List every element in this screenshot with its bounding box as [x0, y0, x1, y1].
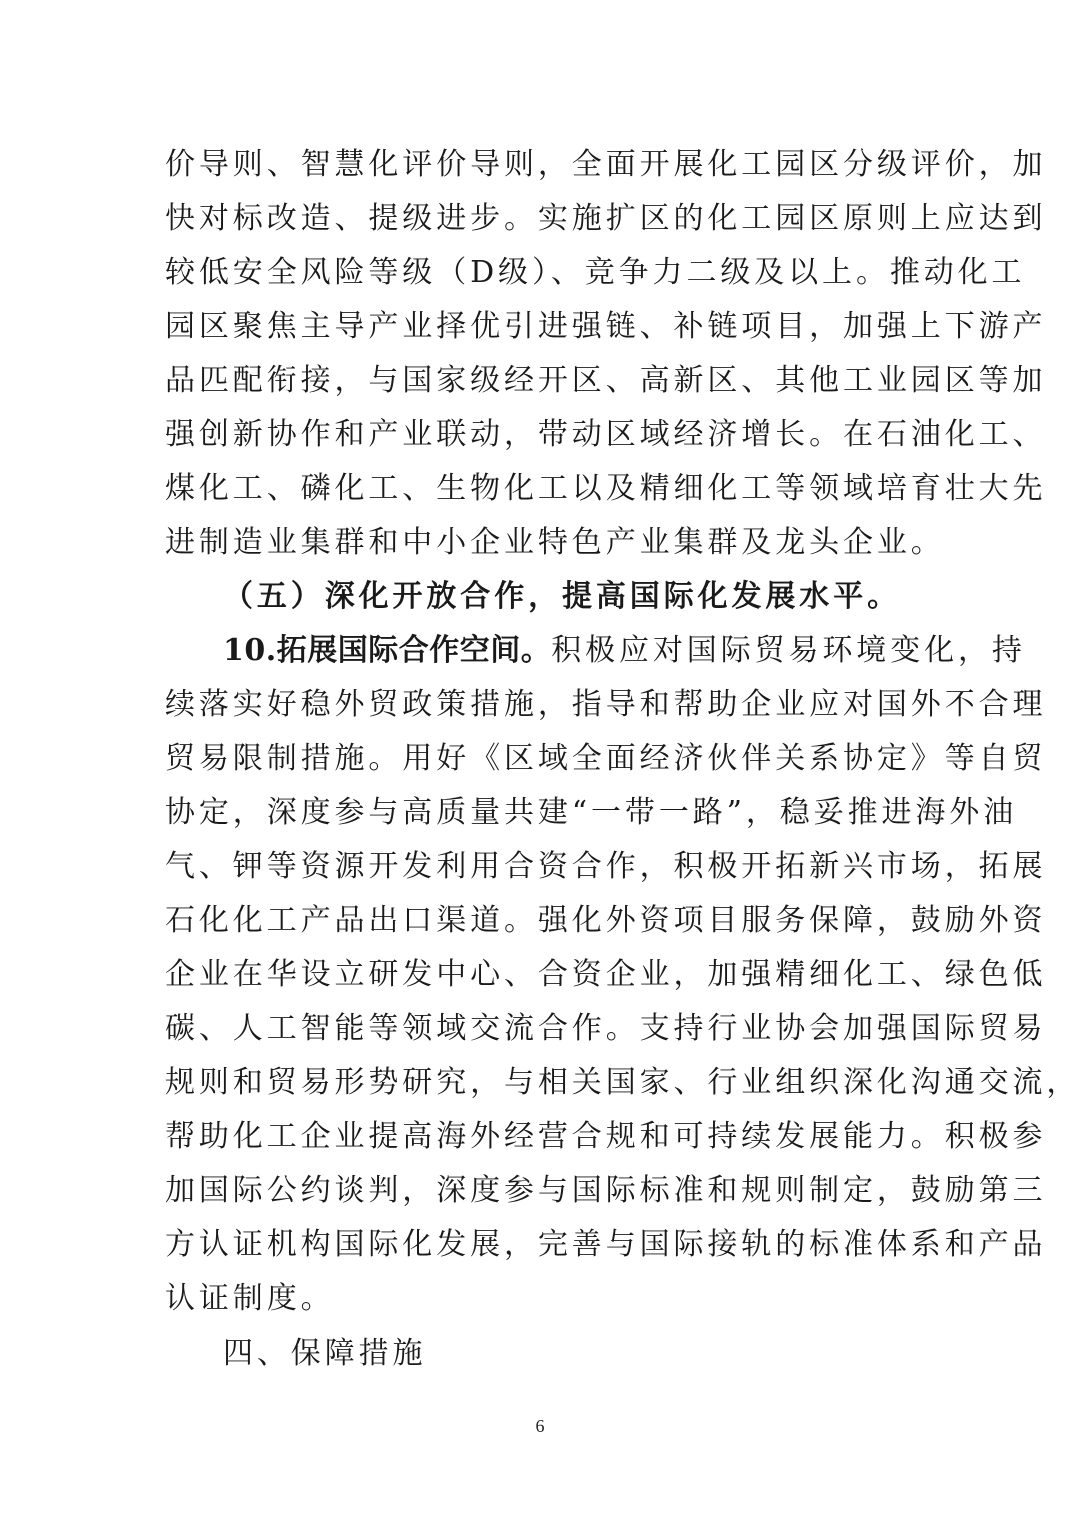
- item-text: 积极应对国际贸易环境变化，持: [551, 633, 1026, 668]
- text-line: 强创新协作和产业联动，带动区域经济增长。在石油化工、: [165, 408, 917, 462]
- text-line: 协定，深度参与高质量共建“一带一路”，稳妥推进海外油: [165, 786, 917, 840]
- section-heading: （五）深化开放合作，提高国际化发展水平。: [165, 570, 917, 624]
- text-line: 企业在华设立研发中心、合资企业，加强精细化工、绿色低: [165, 948, 917, 1002]
- text-line: 较低安全风险等级（D级）、竞争力二级及以上。推动化工: [165, 246, 917, 300]
- chapter-heading: 四、保障措施: [165, 1326, 917, 1381]
- text-line: 加国际公约谈判，深度参与国际标准和规则制定，鼓励第三: [165, 1164, 917, 1218]
- paragraph-item-10: 10.拓展国际合作空间。积极应对国际贸易环境变化，持 续落实好稳外贸政策措施，指…: [165, 624, 917, 1326]
- text-line: 贸易限制措施。用好《区域全面经济伙伴关系协定》等自贸: [165, 732, 917, 786]
- text-line: 气、钾等资源开发利用合资合作，积极开拓新兴市场，拓展: [165, 840, 917, 894]
- page-number: 6: [0, 1416, 1080, 1437]
- text-line: 进制造业集群和中小企业特色产业集群及龙头企业。: [165, 516, 917, 570]
- text-line: 规则和贸易形势研究，与相关国家、行业组织深化沟通交流，: [165, 1056, 917, 1110]
- paragraph-park-evaluation: 价导则、智慧化评价导则，全面开展化工园区分级评价，加 快对标改造、提级进步。实施…: [165, 138, 917, 570]
- text-line: 价导则、智慧化评价导则，全面开展化工园区分级评价，加: [165, 138, 917, 192]
- text-line: 帮助化工企业提高海外经营合规和可持续发展能力。积极参: [165, 1110, 917, 1164]
- text-line: 续落实好稳外贸政策措施，指导和帮助企业应对国外不合理: [165, 678, 917, 732]
- text-line: 碳、人工智能等领域交流合作。支持行业协会加强国际贸易: [165, 1002, 917, 1056]
- text-line: 方认证机构国际化发展，完善与国际接轨的标准体系和产品: [165, 1218, 917, 1272]
- text-line: 快对标改造、提级进步。实施扩区的化工园区原则上应达到: [165, 192, 917, 246]
- text-line: 10.拓展国际合作空间。积极应对国际贸易环境变化，持: [165, 624, 917, 678]
- document-body: 价导则、智慧化评价导则，全面开展化工园区分级评价，加 快对标改造、提级进步。实施…: [165, 138, 917, 1381]
- text-line: 煤化工、磷化工、生物化工以及精细化工等领域培育壮大先: [165, 462, 917, 516]
- document-page: 价导则、智慧化评价导则，全面开展化工园区分级评价，加 快对标改造、提级进步。实施…: [0, 0, 1080, 1527]
- item-title: 10.拓展国际合作空间。: [223, 633, 551, 668]
- text-line: 园区聚焦主导产业择优引进强链、补链项目，加强上下游产: [165, 300, 917, 354]
- text-line: 认证制度。: [165, 1272, 917, 1326]
- text-line: 品匹配衔接，与国家级经开区、高新区、其他工业园区等加: [165, 354, 917, 408]
- text-line: 石化化工产品出口渠道。强化外资项目服务保障，鼓励外资: [165, 894, 917, 948]
